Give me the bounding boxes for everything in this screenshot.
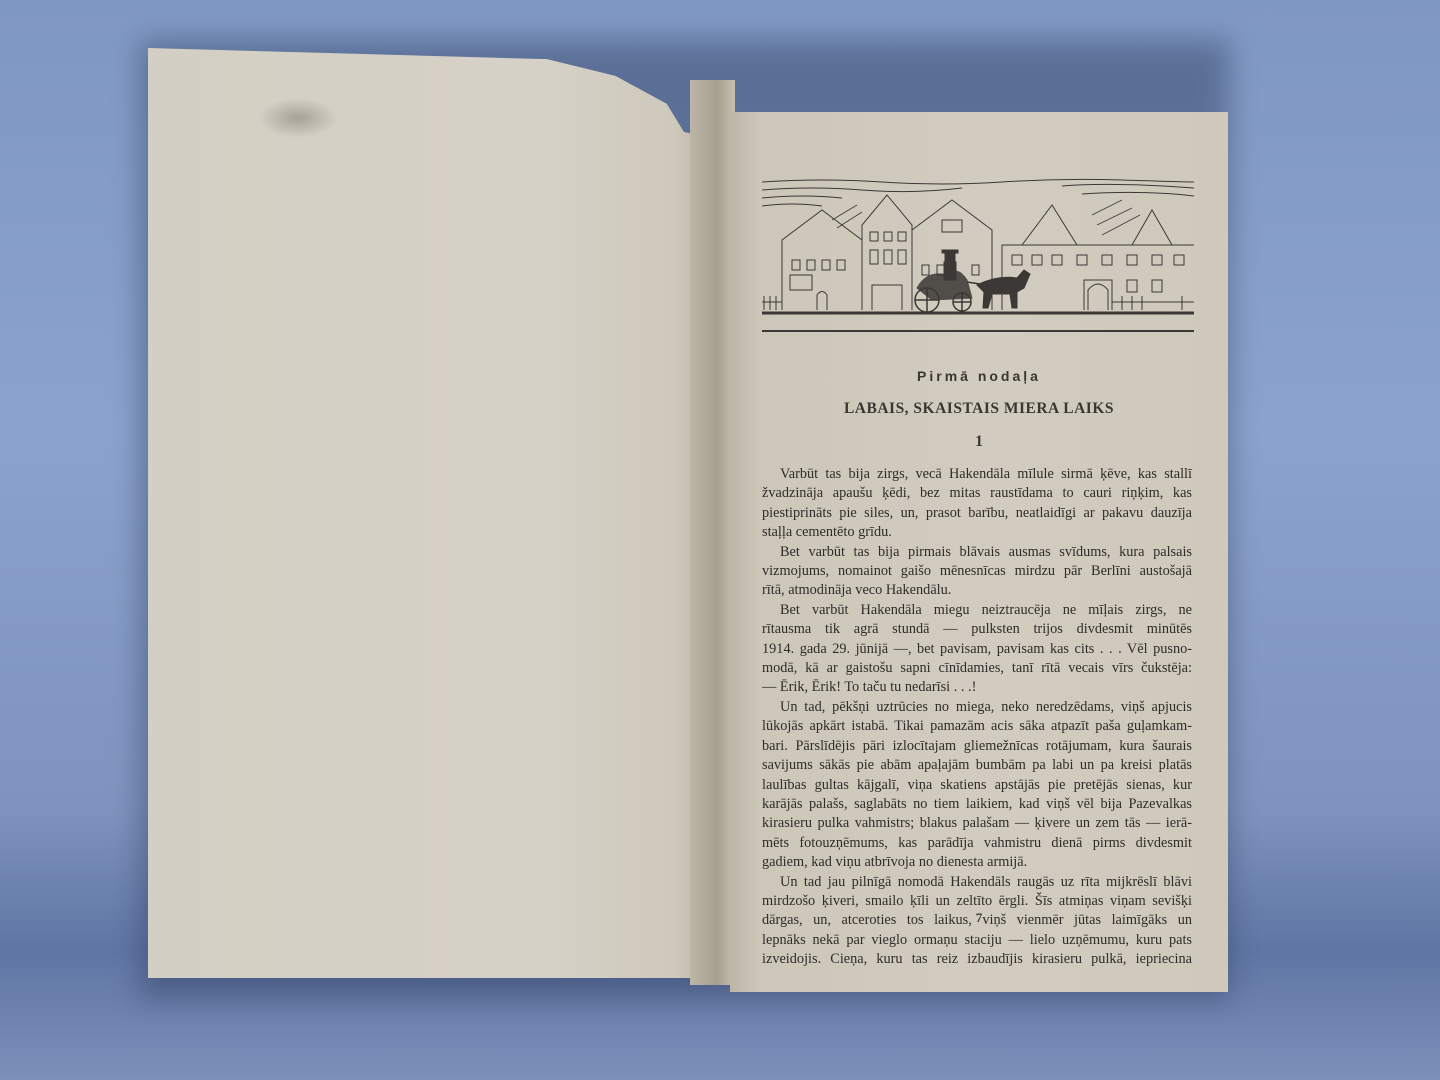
text-line: vizmojums, nomainot gaišo mēnesnīcas mir… — [762, 562, 1192, 581]
section-number: 1 — [730, 433, 1228, 451]
chapter-header-illustration — [762, 170, 1194, 332]
text-line: Un tad, pēkšņi uztrūcies no miega, neko … — [762, 698, 1192, 717]
chapter-label: Pirmā nodaļa — [730, 368, 1228, 384]
text-line: staļļa cementēto grīdu. — [762, 523, 1192, 542]
text-line: — Ērik, Ērik! To taču tu nedarīsi . . .! — [762, 678, 1192, 697]
ink-smudge — [258, 98, 338, 138]
text-line: Un tad jau pilnīgā nomodā Hakendāls raug… — [762, 873, 1192, 892]
text-line: lepnāks nekā par vieglo ormaņu staciju —… — [762, 931, 1192, 950]
book-gutter — [690, 80, 735, 985]
text-line: modā, kā ar gaistošu sapni cīnīdamies, t… — [762, 659, 1192, 678]
text-line: savijums sākās pie abām apaļajām bumbām … — [762, 756, 1192, 775]
body-text: Varbūt tas bija zirgs, vecā Hakendāla mī… — [762, 465, 1192, 970]
text-line: rītausma tik agrā stundā — pulksten trij… — [762, 620, 1192, 639]
text-line: piestiprināts pie siles, un, prasot barī… — [762, 504, 1192, 523]
text-line: mēts fotouzņēmums, kas parādīja vahmistr… — [762, 834, 1192, 853]
left-page-blank — [148, 48, 718, 978]
text-line: lūkojās apkārt istabā. Tikai pamazām aci… — [762, 717, 1192, 736]
text-line: Bet varbūt tas bija pirmais blāvais ausm… — [762, 543, 1192, 562]
text-line: izveidojis. Cieņa, kuru tas reiz izbaudī… — [762, 950, 1192, 969]
text-line: žvadzināja apaušu ķēdi, bez mitas raustī… — [762, 484, 1192, 503]
text-line: 1914. gada 29. jūnijā —, bet pavisam, pa… — [762, 640, 1192, 659]
text-line: Varbūt tas bija zirgs, vecā Hakendāla mī… — [762, 465, 1192, 484]
text-line: rītā, atmodināja veco Hakendālu. — [762, 581, 1192, 600]
text-line: mirdzošo ķiveri, smailo ķīli un zeltīto … — [762, 892, 1192, 911]
text-line: laulības gultas kājgalī, viņa skatiens a… — [762, 776, 1192, 795]
page-number: 7 — [730, 910, 1228, 926]
text-line: gadiem, kad viņu atbrīvoja no dienesta a… — [762, 853, 1192, 872]
text-line: kirasieru pulka vahmistrs; blakus palaša… — [762, 814, 1192, 833]
chapter-title: LABAIS, SKAISTAIS MIERA LAIKS — [730, 400, 1228, 418]
text-line: karājās palašs, saglabāts no tiem laikie… — [762, 795, 1192, 814]
street-scene-engraving-icon — [762, 170, 1194, 330]
text-line: Bet varbūt Hakendāla miegu neiztraucēja … — [762, 601, 1192, 620]
text-line: bari. Pārslīdējis pāri izlocītajam gliem… — [762, 737, 1192, 756]
